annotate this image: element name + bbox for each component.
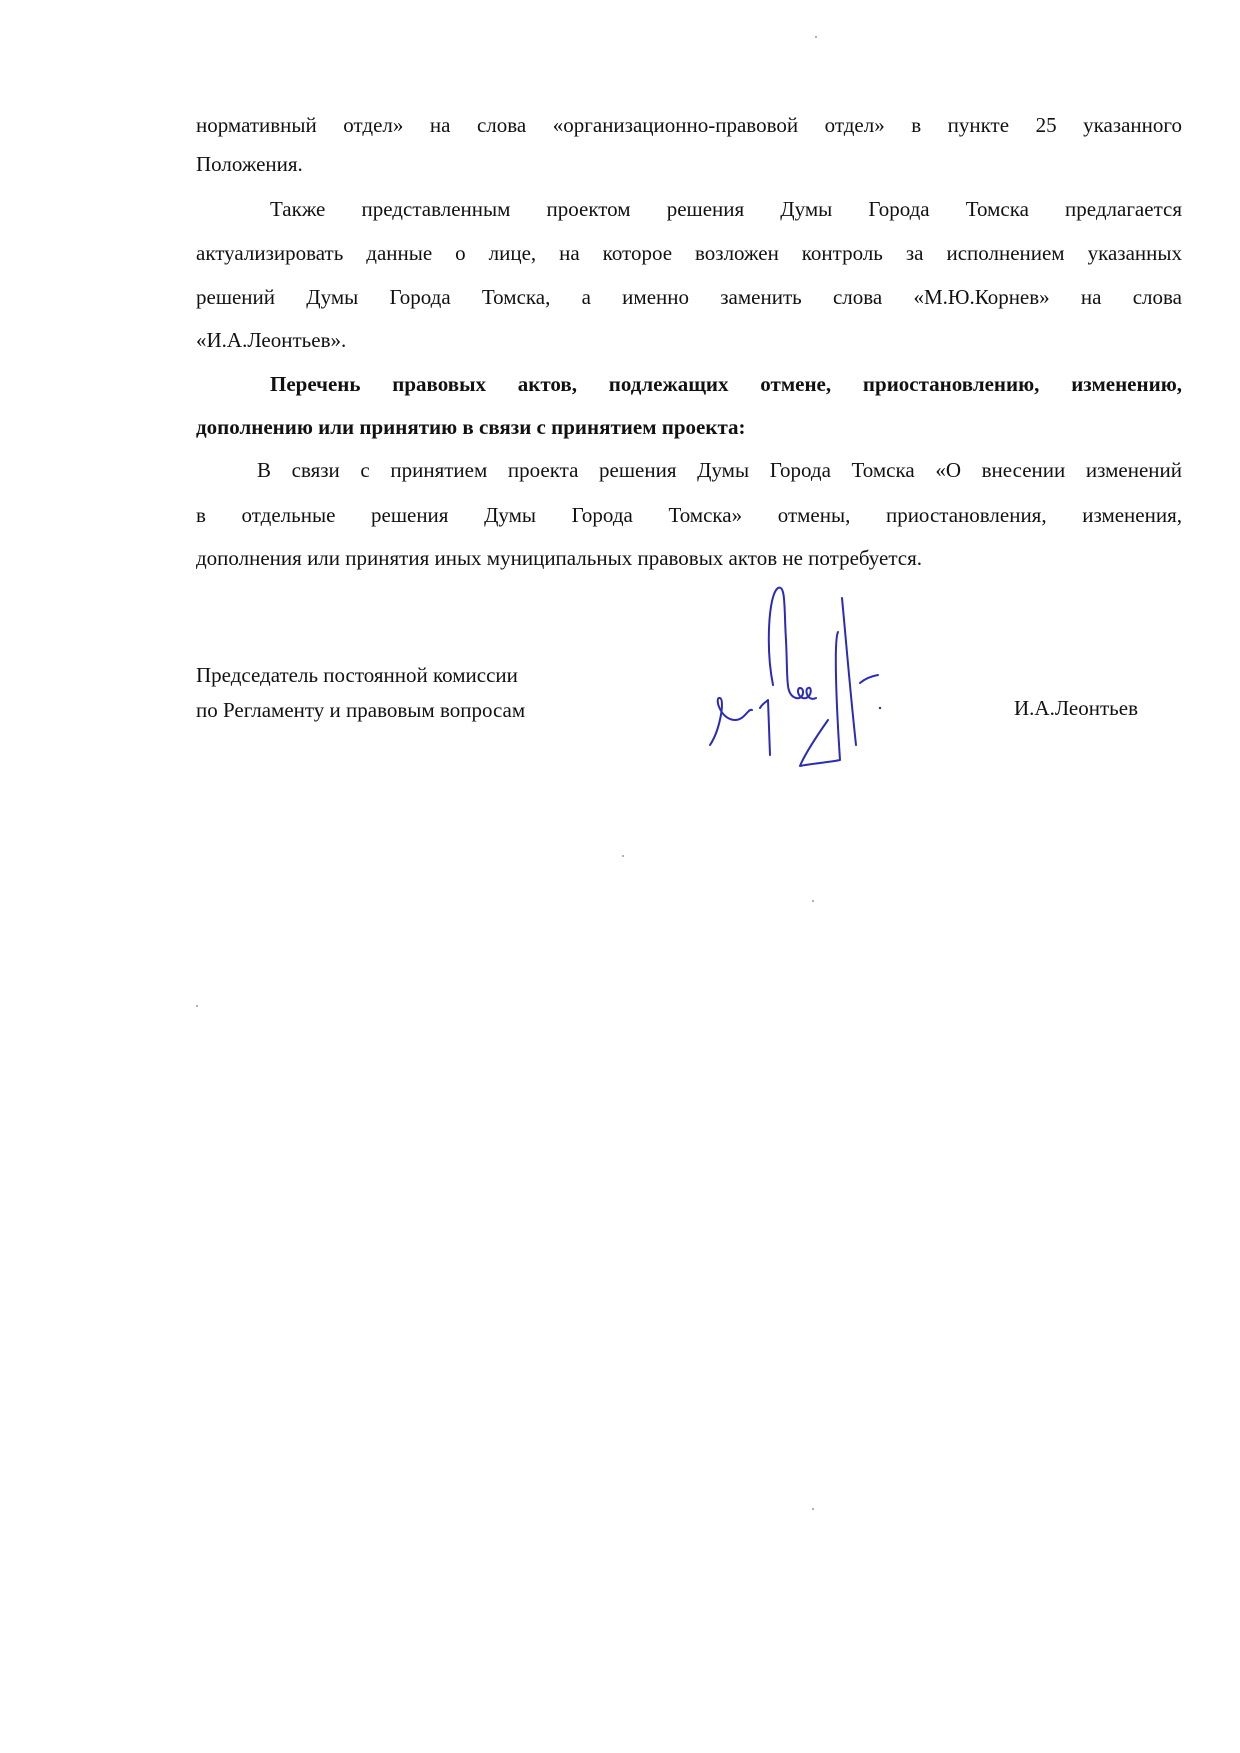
paragraph-2-line-3: решений Думы Города Томска, а именно зам…: [196, 283, 1182, 311]
signatory-title-line-2: по Регламенту и правовым вопросам: [196, 693, 525, 728]
document-page: нормативный отдел» на слова «организацио…: [0, 0, 1240, 1753]
scan-speck: [196, 1005, 198, 1007]
scan-speck: [812, 900, 814, 902]
paragraph-2-line-2: актуализировать данные о лице, на которо…: [196, 239, 1182, 267]
scan-speck: [815, 36, 817, 38]
heading-line-1: Перечень правовых актов, подлежащих отме…: [270, 370, 1182, 398]
signatory-name: И.А.Леонтьев: [1014, 694, 1138, 722]
paragraph-3-line-1: В связи с принятием проекта решения Думы…: [257, 456, 1182, 484]
paragraph-1-line-2: Положения.: [196, 150, 1182, 178]
paragraph-2-line-4: «И.А.Леонтьев».: [196, 326, 1182, 354]
paragraph-3-line-3: дополнения или принятия иных муниципальн…: [196, 544, 1182, 572]
paragraph-2-line-1: Также представленным проектом решения Ду…: [270, 195, 1182, 223]
signatory-title: Председатель постоянной комиссии по Регл…: [196, 658, 525, 728]
paragraph-3-line-2: в отдельные решения Думы Города Томска» …: [196, 501, 1182, 529]
scan-speck: [812, 1508, 814, 1510]
scan-speck: [622, 855, 624, 857]
signatory-title-line-1: Председатель постоянной комиссии: [196, 658, 525, 693]
paragraph-1-line-1: нормативный отдел» на слова «организацио…: [196, 111, 1182, 139]
heading-line-2: дополнению или принятию в связи с принят…: [196, 413, 1182, 441]
handwritten-signature: [700, 580, 920, 780]
